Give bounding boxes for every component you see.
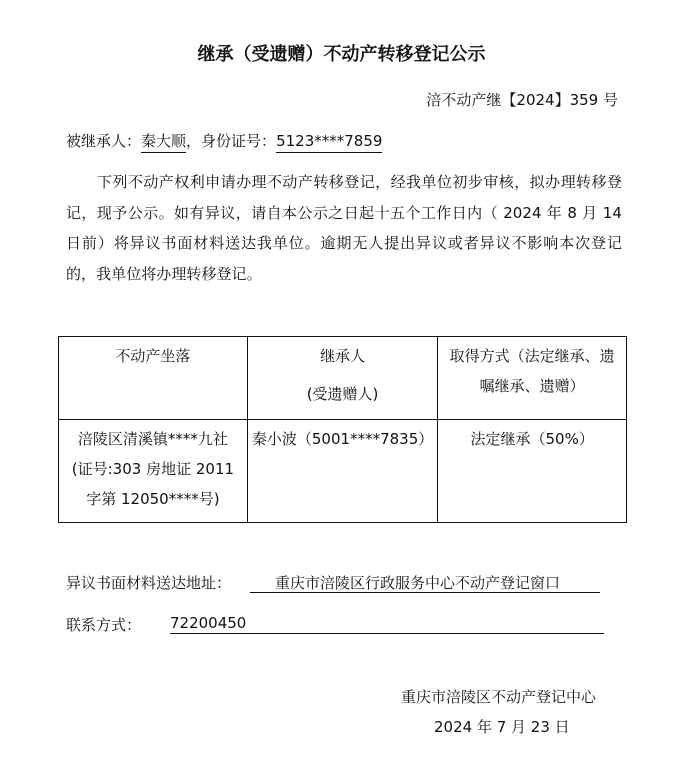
contact-value: 72200450 <box>170 614 246 632</box>
document-number: 涪不动产继【2024】359 号 <box>426 89 618 110</box>
deceased-name: 秦大顺 <box>141 132 186 153</box>
document-title: 继承（受遗赠）不动产转移登记公示 <box>0 40 683 66</box>
separator: ， <box>186 132 201 150</box>
location-line3: 字第 12050****号) <box>63 484 243 514</box>
id-label: 身份证号： <box>201 132 276 150</box>
notice-paragraph: 下列不动产权利申请办理不动产转移登记，经我单位初步审核，拟办理转移登记，现予公示… <box>66 167 622 289</box>
address-underline <box>250 592 600 593</box>
contact-underline <box>170 633 604 634</box>
heir-text: 秦小波（5001****7835） <box>252 424 433 454</box>
header-heir-line1: 继承人 <box>252 341 433 371</box>
table-row: 涪陵区清溪镇****九社 (证号:303 房地证 2011 字第 12050**… <box>59 420 627 523</box>
header-acquisition-line2: 嘱继承、遗赠） <box>442 371 622 401</box>
header-location: 不动产坐落 <box>59 337 248 420</box>
deceased-label: 被继承人： <box>66 132 141 150</box>
header-heir: 继承人 (受遗赠人) <box>247 337 437 420</box>
cell-acquisition: 法定继承（50%） <box>438 420 627 523</box>
location-line1: 涪陵区清溪镇****九社 <box>63 424 243 454</box>
cell-heir: 秦小波（5001****7835） <box>247 420 437 523</box>
issuer-name: 重庆市涪陵区不动产登记中心 <box>401 686 596 707</box>
acquisition-text: 法定继承（50%） <box>442 424 622 454</box>
table-header-row: 不动产坐落 继承人 (受遗赠人) 取得方式（法定继承、遗 嘱继承、遗赠） <box>59 337 627 420</box>
objection-address-value: 重庆市涪陵区行政服务中心不动产登记窗口 <box>275 572 560 593</box>
cell-location: 涪陵区清溪镇****九社 (证号:303 房地证 2011 字第 12050**… <box>59 420 248 523</box>
property-table: 不动产坐落 继承人 (受遗赠人) 取得方式（法定继承、遗 嘱继承、遗赠） 涪陵区… <box>58 336 627 523</box>
header-location-text: 不动产坐落 <box>63 341 243 371</box>
deceased-id-number: 5123****7859 <box>276 132 382 153</box>
deceased-info: 被继承人：秦大顺，身份证号：5123****7859 <box>66 130 382 151</box>
header-acquisition: 取得方式（法定继承、遗 嘱继承、遗赠） <box>438 337 627 420</box>
location-line2: (证号:303 房地证 2011 <box>63 454 243 484</box>
contact-label: 联系方式： <box>66 614 141 635</box>
issue-date: 2024 年 7 月 23 日 <box>434 716 570 737</box>
header-heir-line2: (受遗赠人) <box>252 379 433 409</box>
objection-address-label: 异议书面材料送达地址： <box>66 572 231 593</box>
header-acquisition-line1: 取得方式（法定继承、遗 <box>442 341 622 371</box>
